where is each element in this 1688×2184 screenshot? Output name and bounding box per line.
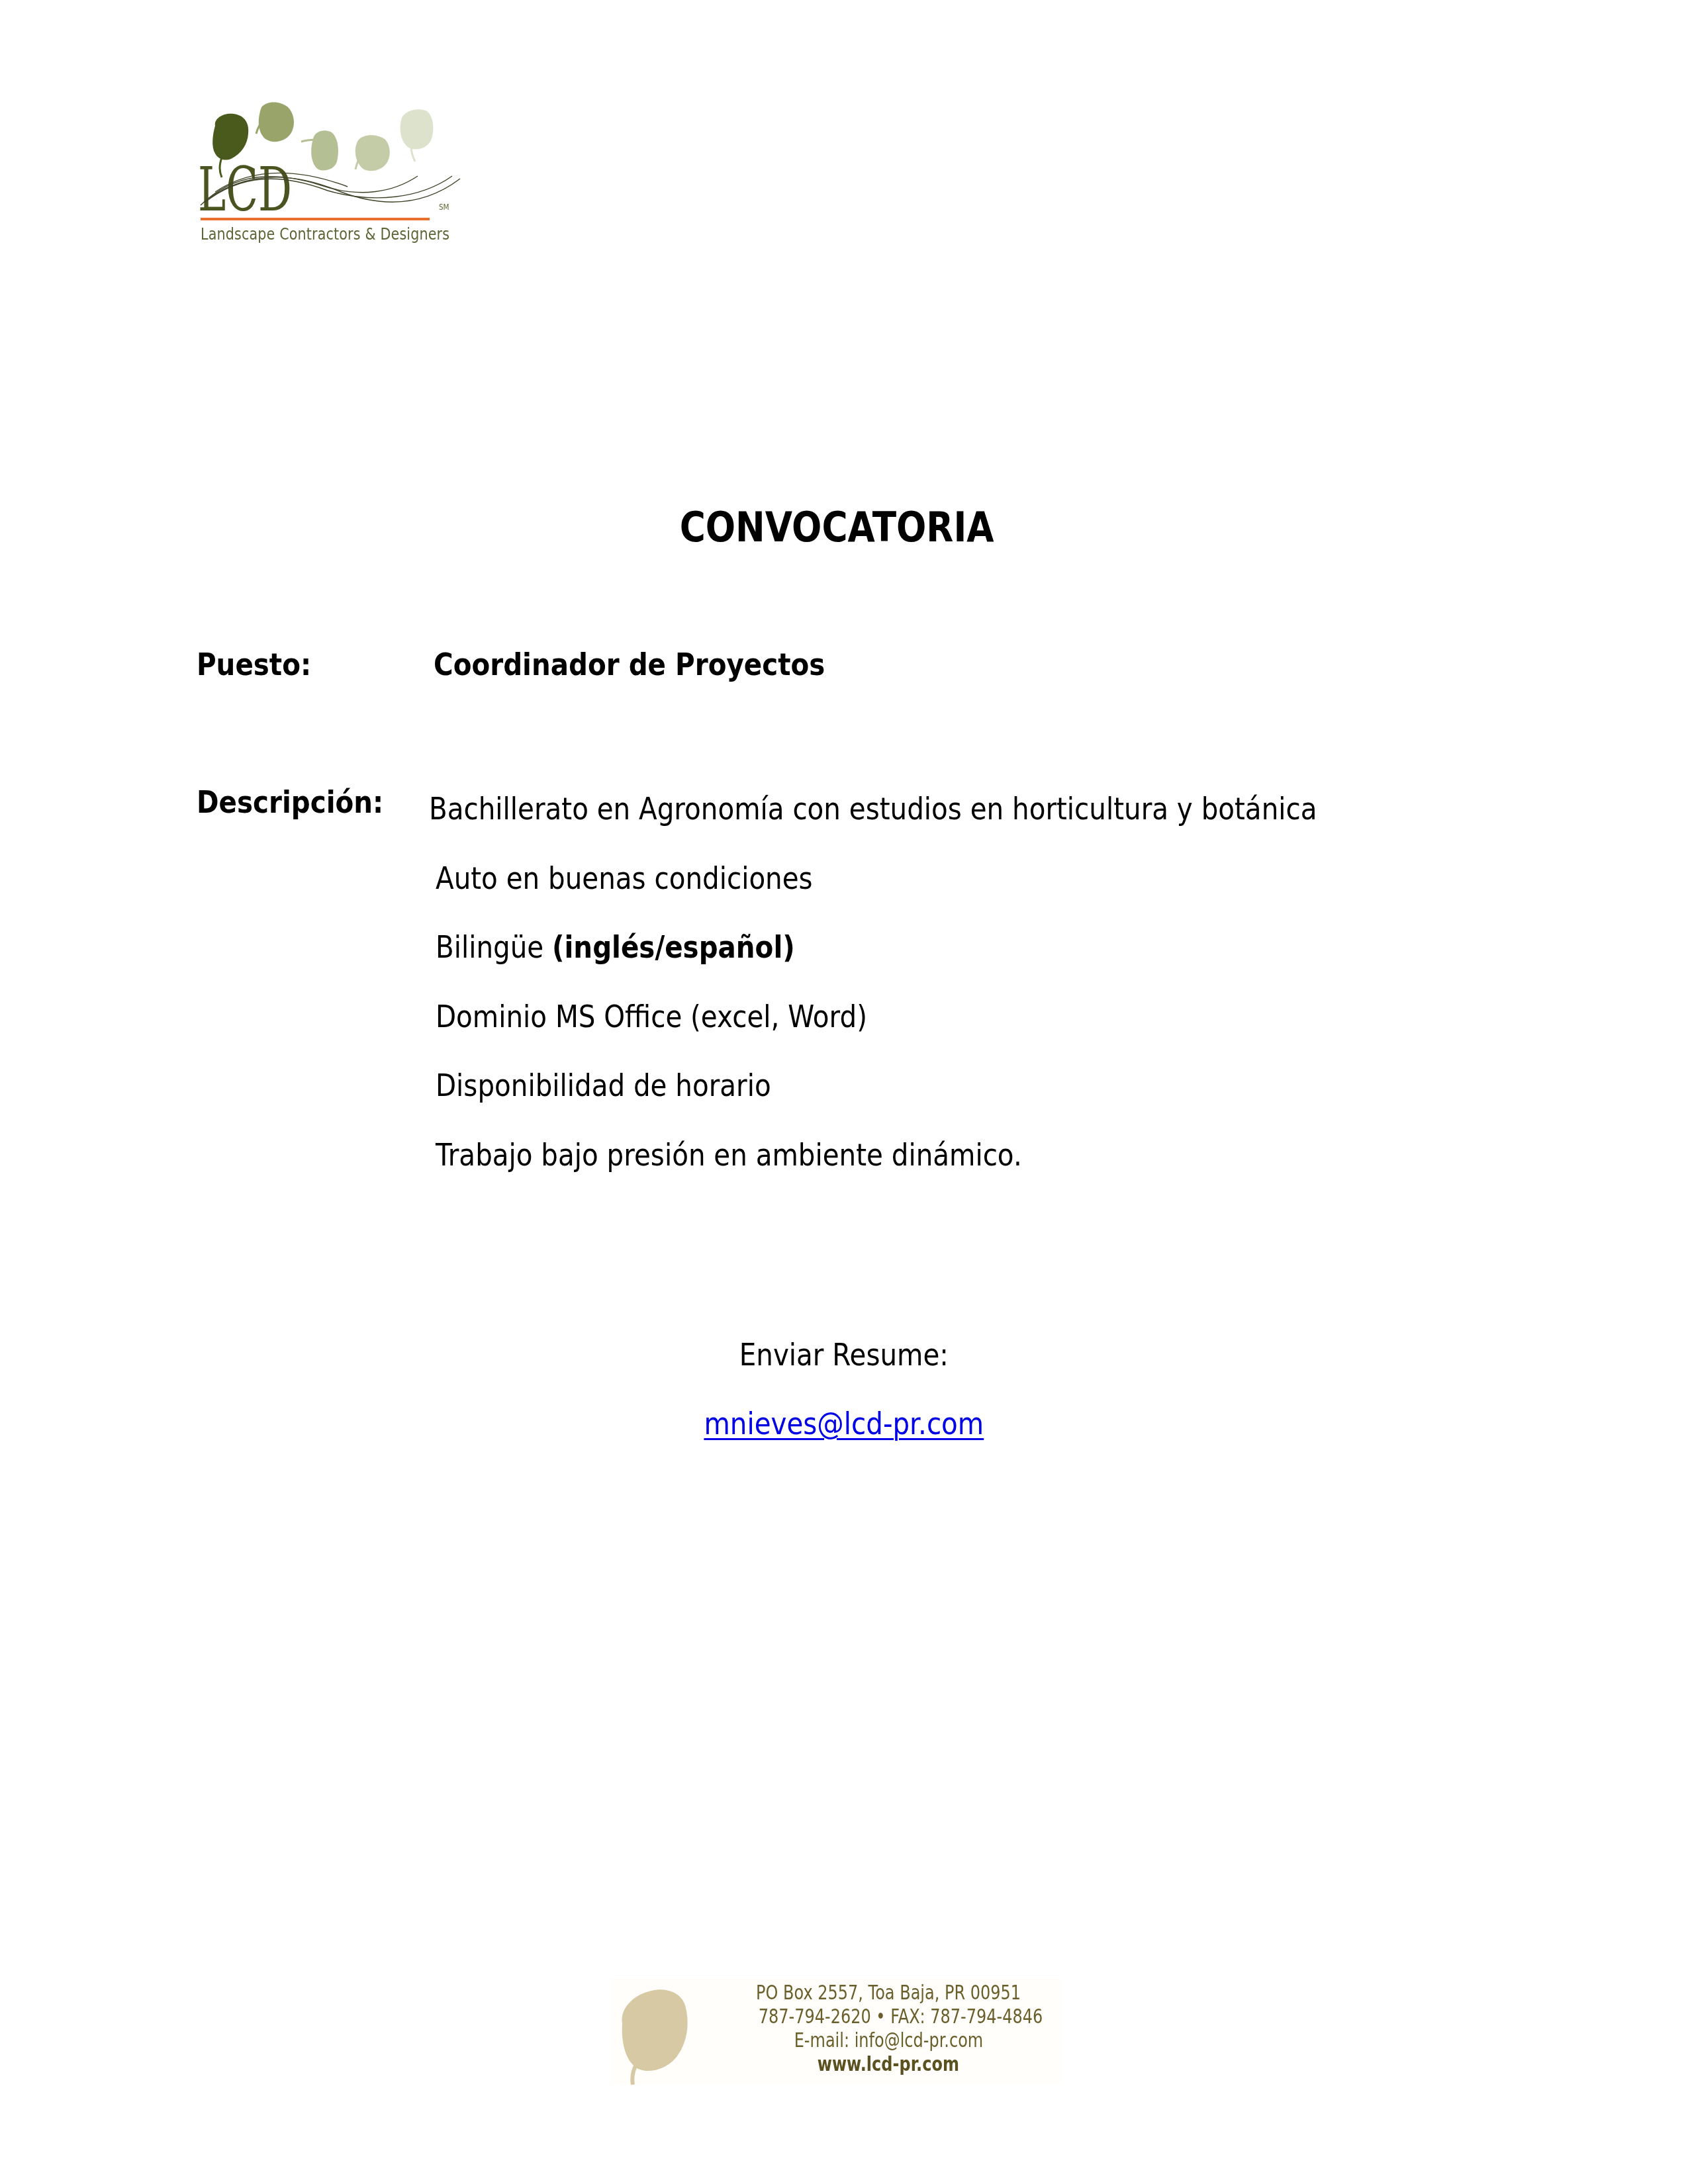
leaf-icon — [355, 135, 390, 171]
description-item: Disponibilidad de horario — [436, 1066, 771, 1106]
footer-contact-block: PO Box 2557, Toa Baja, PR 00951 787-794-… — [723, 1981, 1054, 2077]
service-mark: SM — [439, 203, 449, 212]
description-item: Dominio MS Office (excel, Word) — [436, 997, 867, 1037]
leaf-icon — [400, 109, 434, 161]
description-item: Bilingüe (inglés/español) — [436, 928, 795, 968]
logo-leaves-icon: LCD — [195, 93, 473, 225]
footer-address: PO Box 2557, Toa Baja, PR 00951 — [723, 1981, 1054, 2005]
leaf-icon — [256, 103, 294, 142]
company-logo: LCD SM Landscape Contractors & Designers — [195, 93, 473, 251]
position-label: Puesto: — [197, 645, 311, 685]
description-item: Bachillerato en Agronomía con estudios e… — [429, 790, 1317, 829]
description-item: Auto en buenas condiciones — [436, 859, 813, 899]
description-item: Trabajo bajo presión en ambiente dinámic… — [436, 1136, 1022, 1175]
email-link[interactable]: mnieves@lcd-pr.com — [704, 1404, 984, 1444]
description-label: Descripción: — [197, 783, 383, 823]
leaf-icon — [301, 130, 338, 170]
send-resume-email: mnieves@lcd-pr.com — [0, 1404, 1688, 1444]
language-emphasis: (inglés/español) — [552, 929, 795, 966]
footer-phones: 787-794-2620 • FAX: 787-794-4846 — [723, 2005, 1054, 2029]
logo-rule — [201, 218, 430, 220]
footer-email: E-mail: info@lcd-pr.com — [723, 2029, 1054, 2053]
logo-text: LCD — [198, 154, 292, 225]
send-resume-label: Enviar Resume: — [0, 1336, 1688, 1375]
position-value: Coordinador de Proyectos — [434, 645, 825, 685]
document-title: CONVOCATORIA — [0, 501, 1673, 554]
document-title-text: CONVOCATORIA — [680, 501, 994, 554]
logo-tagline: Landscape Contractors & Designers — [201, 225, 449, 244]
footer-letterhead: PO Box 2557, Toa Baja, PR 00951 787-794-… — [610, 1978, 1062, 2085]
footer-website: www.lcd-pr.com — [723, 2053, 1054, 2077]
